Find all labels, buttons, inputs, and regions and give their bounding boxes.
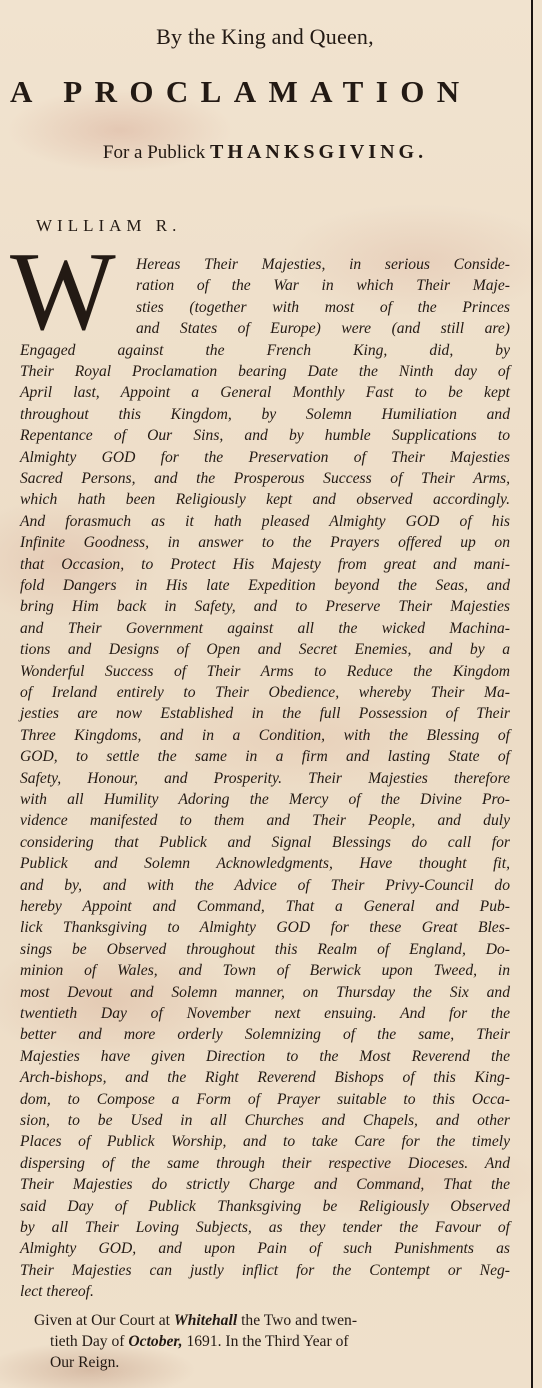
body-line: Their Royal Proclamation bearing Date th…	[20, 361, 510, 383]
drop-cap-initial: W	[10, 236, 116, 348]
body-line: Sacred Persons, and the Prosperous Succe…	[20, 468, 510, 490]
body-line: bring Him back in Safety, and to Preserv…	[20, 596, 510, 618]
body-line: of Ireland entirely to Their Obedience, …	[20, 682, 510, 704]
heading-by-king-and-queen: By the King and Queen,	[0, 24, 530, 50]
body-line: said Day of Publick Thanksgiving be Reli…	[20, 1196, 510, 1218]
body-line: and States of Europe) were (and still ar…	[136, 318, 510, 340]
closing-text: Given at Our Court at	[34, 1312, 170, 1329]
closing-place: Whitehall	[174, 1312, 237, 1329]
body-line: Almighty GOD, and upon Pain of such Puni…	[20, 1238, 510, 1260]
closing-month: October,	[128, 1333, 182, 1350]
body-line: ration of the War in which Their Maje-	[136, 275, 510, 297]
body-line: GOD, to settle the same in a firm and la…	[20, 746, 510, 768]
body-line: minion of Wales, and Town of Berwick upo…	[20, 960, 510, 982]
proclamation-subtitle: For a Publick THANKSGIVING.	[0, 141, 530, 164]
body-line: Publick and Solemn Acknowledgments, Have…	[20, 853, 510, 875]
closing-line-2: tieth Day of October, 1691. In the Third…	[34, 1331, 534, 1352]
body-line: vidence manifested to them and Their Peo…	[20, 810, 510, 832]
closing-text: the Two and twen-	[241, 1312, 357, 1329]
body-line: lick Thanksgiving to Almighty GOD for th…	[20, 917, 510, 939]
body-line: Places of Publick Worship, and to take C…	[20, 1131, 510, 1153]
body-line: Safety, Honour, and Prosperity. Their Ma…	[20, 768, 510, 790]
body-line: Arch-bishops, and the Right Reverend Bis…	[20, 1067, 510, 1089]
body-line: with all Humility Adoring the Mercy of t…	[20, 789, 510, 811]
body-line: sion, to be Used in all Churches and Cha…	[20, 1110, 510, 1132]
body-line: sings be Observed throughout this Realm …	[20, 939, 510, 961]
body-line: twentieth Day of November next ensuing. …	[20, 1003, 510, 1025]
body-line: Almighty GOD for the Preservation of The…	[20, 447, 510, 469]
subtitle-thanksgiving: THANKSGIVING.	[210, 141, 427, 163]
body-line: hereby Appoint and Command, That a Gener…	[20, 896, 510, 918]
body-line: sties (together with most of the Princes	[136, 297, 510, 319]
body-line: Majesties have given Direction to the Mo…	[20, 1046, 510, 1068]
body-line: Hereas Their Majesties, in serious Consi…	[136, 254, 510, 276]
closing-text: tieth Day of	[50, 1333, 124, 1350]
given-at-court: Given at Our Court at Whitehall the Two …	[34, 1310, 534, 1373]
closing-line-3: Our Reign.	[34, 1352, 534, 1373]
body-line: April last, Appoint a General Monthly Fa…	[20, 382, 510, 404]
body-line: Three Kingdoms, and in a Condition, with…	[20, 725, 510, 747]
column-rule	[531, 0, 533, 1388]
body-line: And forasmuch as it hath pleased Almight…	[20, 511, 510, 533]
proclamation-title: A PROCLAMATION	[10, 74, 525, 110]
closing-line-1: Given at Our Court at Whitehall the Two …	[34, 1310, 534, 1331]
body-line: Wonderful Success of Their Arms to Reduc…	[20, 661, 510, 683]
body-line: by all Their Loving Subjects, as they te…	[20, 1217, 510, 1239]
body-line: and Their Government against all the wic…	[20, 618, 510, 640]
body-line: tions and Designs of Open and Secret Ene…	[20, 639, 510, 661]
closing-text: 1691. In the Third Year of	[186, 1333, 348, 1350]
body-line: and by, and with the Advice of Their Pri…	[20, 875, 510, 897]
body-line: dispersing of the same through their res…	[20, 1153, 510, 1175]
body-line: jesties are now Established in the full …	[20, 703, 510, 725]
body-line: most Devout and Solemn manner, on Thursd…	[20, 982, 510, 1004]
body-line: Their Majesties do strictly Charge and C…	[20, 1174, 510, 1196]
body-line: Engaged against the French King, did, by	[20, 340, 510, 362]
body-line: that Occasion, to Protect His Majesty fr…	[20, 554, 510, 576]
body-line: better and more orderly Solemnizing of t…	[20, 1024, 510, 1046]
body-line: considering that Publick and Signal Bles…	[20, 832, 510, 854]
body-line: Repentance of Our Sins, and by humble Su…	[20, 425, 510, 447]
subtitle-prefix: For a Publick	[103, 142, 205, 163]
body-line: fold Dangers in His late Expedition beyo…	[20, 575, 510, 597]
body-line: lect thereof.	[20, 1281, 94, 1303]
body-line: throughout this Kingdom, by Solemn Humil…	[20, 404, 510, 426]
body-line: which hath been Religiously kept and obs…	[20, 489, 510, 511]
body-line: dom, to Compose a Form of Prayer suitabl…	[20, 1089, 510, 1111]
body-line: Their Majesties can justly inflict for t…	[20, 1260, 510, 1282]
body-line: Infinite Goodness, in answer to the Pray…	[20, 532, 510, 554]
